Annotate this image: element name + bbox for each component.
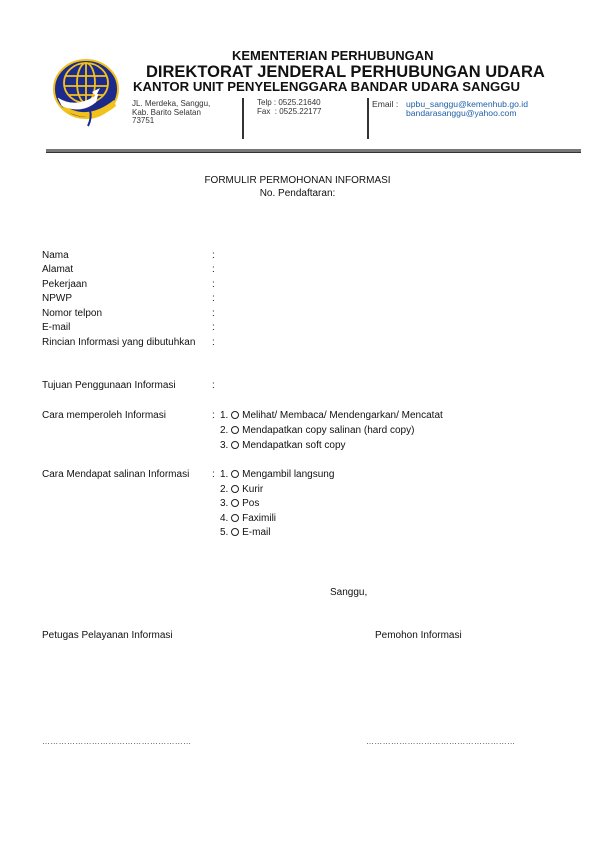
option-kurir[interactable]: 2. Kurir: [220, 484, 263, 495]
ministry-name: KEMENTERIAN PERHUBUNGAN: [232, 48, 434, 63]
option-email[interactable]: 5. E-mail: [220, 527, 270, 538]
option-number: 1.: [220, 469, 228, 480]
signature-place: Sanggu,: [330, 587, 367, 598]
option-label: Mengambil langsung: [242, 469, 334, 480]
field-label-rincian: Rincian Informasi yang dibutuhkan: [42, 337, 195, 348]
field-colon: :: [212, 250, 215, 261]
header-divider: [367, 98, 369, 139]
registration-number-label: No. Pendaftaran:: [0, 188, 595, 199]
office-address: JL. Merdeka, Sanggu, Kab. Barito Selatan…: [132, 100, 242, 126]
option-number: 1.: [220, 410, 228, 421]
kemenhub-logo: [52, 56, 122, 128]
radio-icon[interactable]: [231, 470, 239, 478]
option-label: E-mail: [242, 527, 270, 538]
option-pos[interactable]: 3. Pos: [220, 498, 259, 509]
option-mengambil[interactable]: 1. Mengambil langsung: [220, 469, 334, 480]
field-label-cara-memperoleh: Cara memperoleh Informasi: [42, 410, 166, 421]
field-colon: :: [212, 410, 215, 421]
field-colon: :: [212, 279, 215, 290]
option-number: 2.: [220, 425, 228, 436]
field-label-cara-salinan: Cara Mendapat salinan Informasi: [42, 469, 189, 480]
field-label-tujuan: Tujuan Penggunaan Informasi: [42, 380, 176, 391]
form-title: FORMULIR PERMOHONAN INFORMASI: [0, 175, 595, 186]
applicant-signature-line: ………………………………………………: [366, 737, 515, 746]
option-label: Kurir: [242, 484, 263, 495]
option-number: 2.: [220, 484, 228, 495]
option-label: Mendapatkan copy salinan (hard copy): [242, 425, 414, 436]
field-label-pekerjaan: Pekerjaan: [42, 279, 87, 290]
contact-phone: Telp : 0525.21640 Fax : 0525.22177: [257, 99, 322, 117]
email-label: Email :: [372, 99, 398, 109]
option-number: 3.: [220, 498, 228, 509]
option-hard-copy[interactable]: 2. Mendapatkan copy salinan (hard copy): [220, 425, 414, 436]
field-colon: :: [212, 322, 215, 333]
field-label-nomor-telpon: Nomor telpon: [42, 308, 102, 319]
field-label-email: E-mail: [42, 322, 70, 333]
option-label: Faximili: [242, 513, 276, 524]
option-label: Melihat/ Membaca/ Mendengarkan/ Mencatat: [242, 410, 443, 421]
radio-icon[interactable]: [231, 499, 239, 507]
radio-icon[interactable]: [231, 528, 239, 536]
radio-icon[interactable]: [231, 514, 239, 522]
field-colon: :: [212, 308, 215, 319]
option-label: Mendapatkan soft copy: [242, 440, 345, 451]
option-number: 5.: [220, 527, 228, 538]
radio-icon[interactable]: [231, 426, 239, 434]
header-separator: [46, 152, 581, 153]
address-line: 73751: [132, 117, 242, 126]
radio-icon[interactable]: [231, 411, 239, 419]
email-link[interactable]: bandarasanggu@yahoo.com: [406, 108, 517, 118]
radio-icon[interactable]: [231, 441, 239, 449]
field-label-alamat: Alamat: [42, 264, 73, 275]
option-faximili[interactable]: 4. Faximili: [220, 513, 276, 524]
option-number: 4.: [220, 513, 228, 524]
office-name: KANTOR UNIT PENYELENGGARA BANDAR UDARA S…: [133, 79, 520, 94]
officer-signature-line: ………………………………………………: [42, 737, 191, 746]
field-colon: :: [212, 264, 215, 275]
field-colon: :: [212, 293, 215, 304]
fax-number: Fax : 0525.22177: [257, 108, 322, 117]
applicant-label: Pemohon Informasi: [375, 630, 462, 641]
field-label-npwp: NPWP: [42, 293, 72, 304]
radio-icon[interactable]: [231, 485, 239, 493]
field-label-nama: Nama: [42, 250, 69, 261]
option-label: Pos: [242, 498, 259, 509]
option-melihat[interactable]: 1. Melihat/ Membaca/ Mendengarkan/ Menca…: [220, 410, 443, 421]
field-colon: :: [212, 380, 215, 391]
field-colon: :: [212, 337, 215, 348]
field-colon: :: [212, 469, 215, 480]
option-soft-copy[interactable]: 3. Mendapatkan soft copy: [220, 440, 346, 451]
officer-label: Petugas Pelayanan Informasi: [42, 630, 173, 641]
header-divider: [242, 98, 244, 139]
option-number: 3.: [220, 440, 228, 451]
